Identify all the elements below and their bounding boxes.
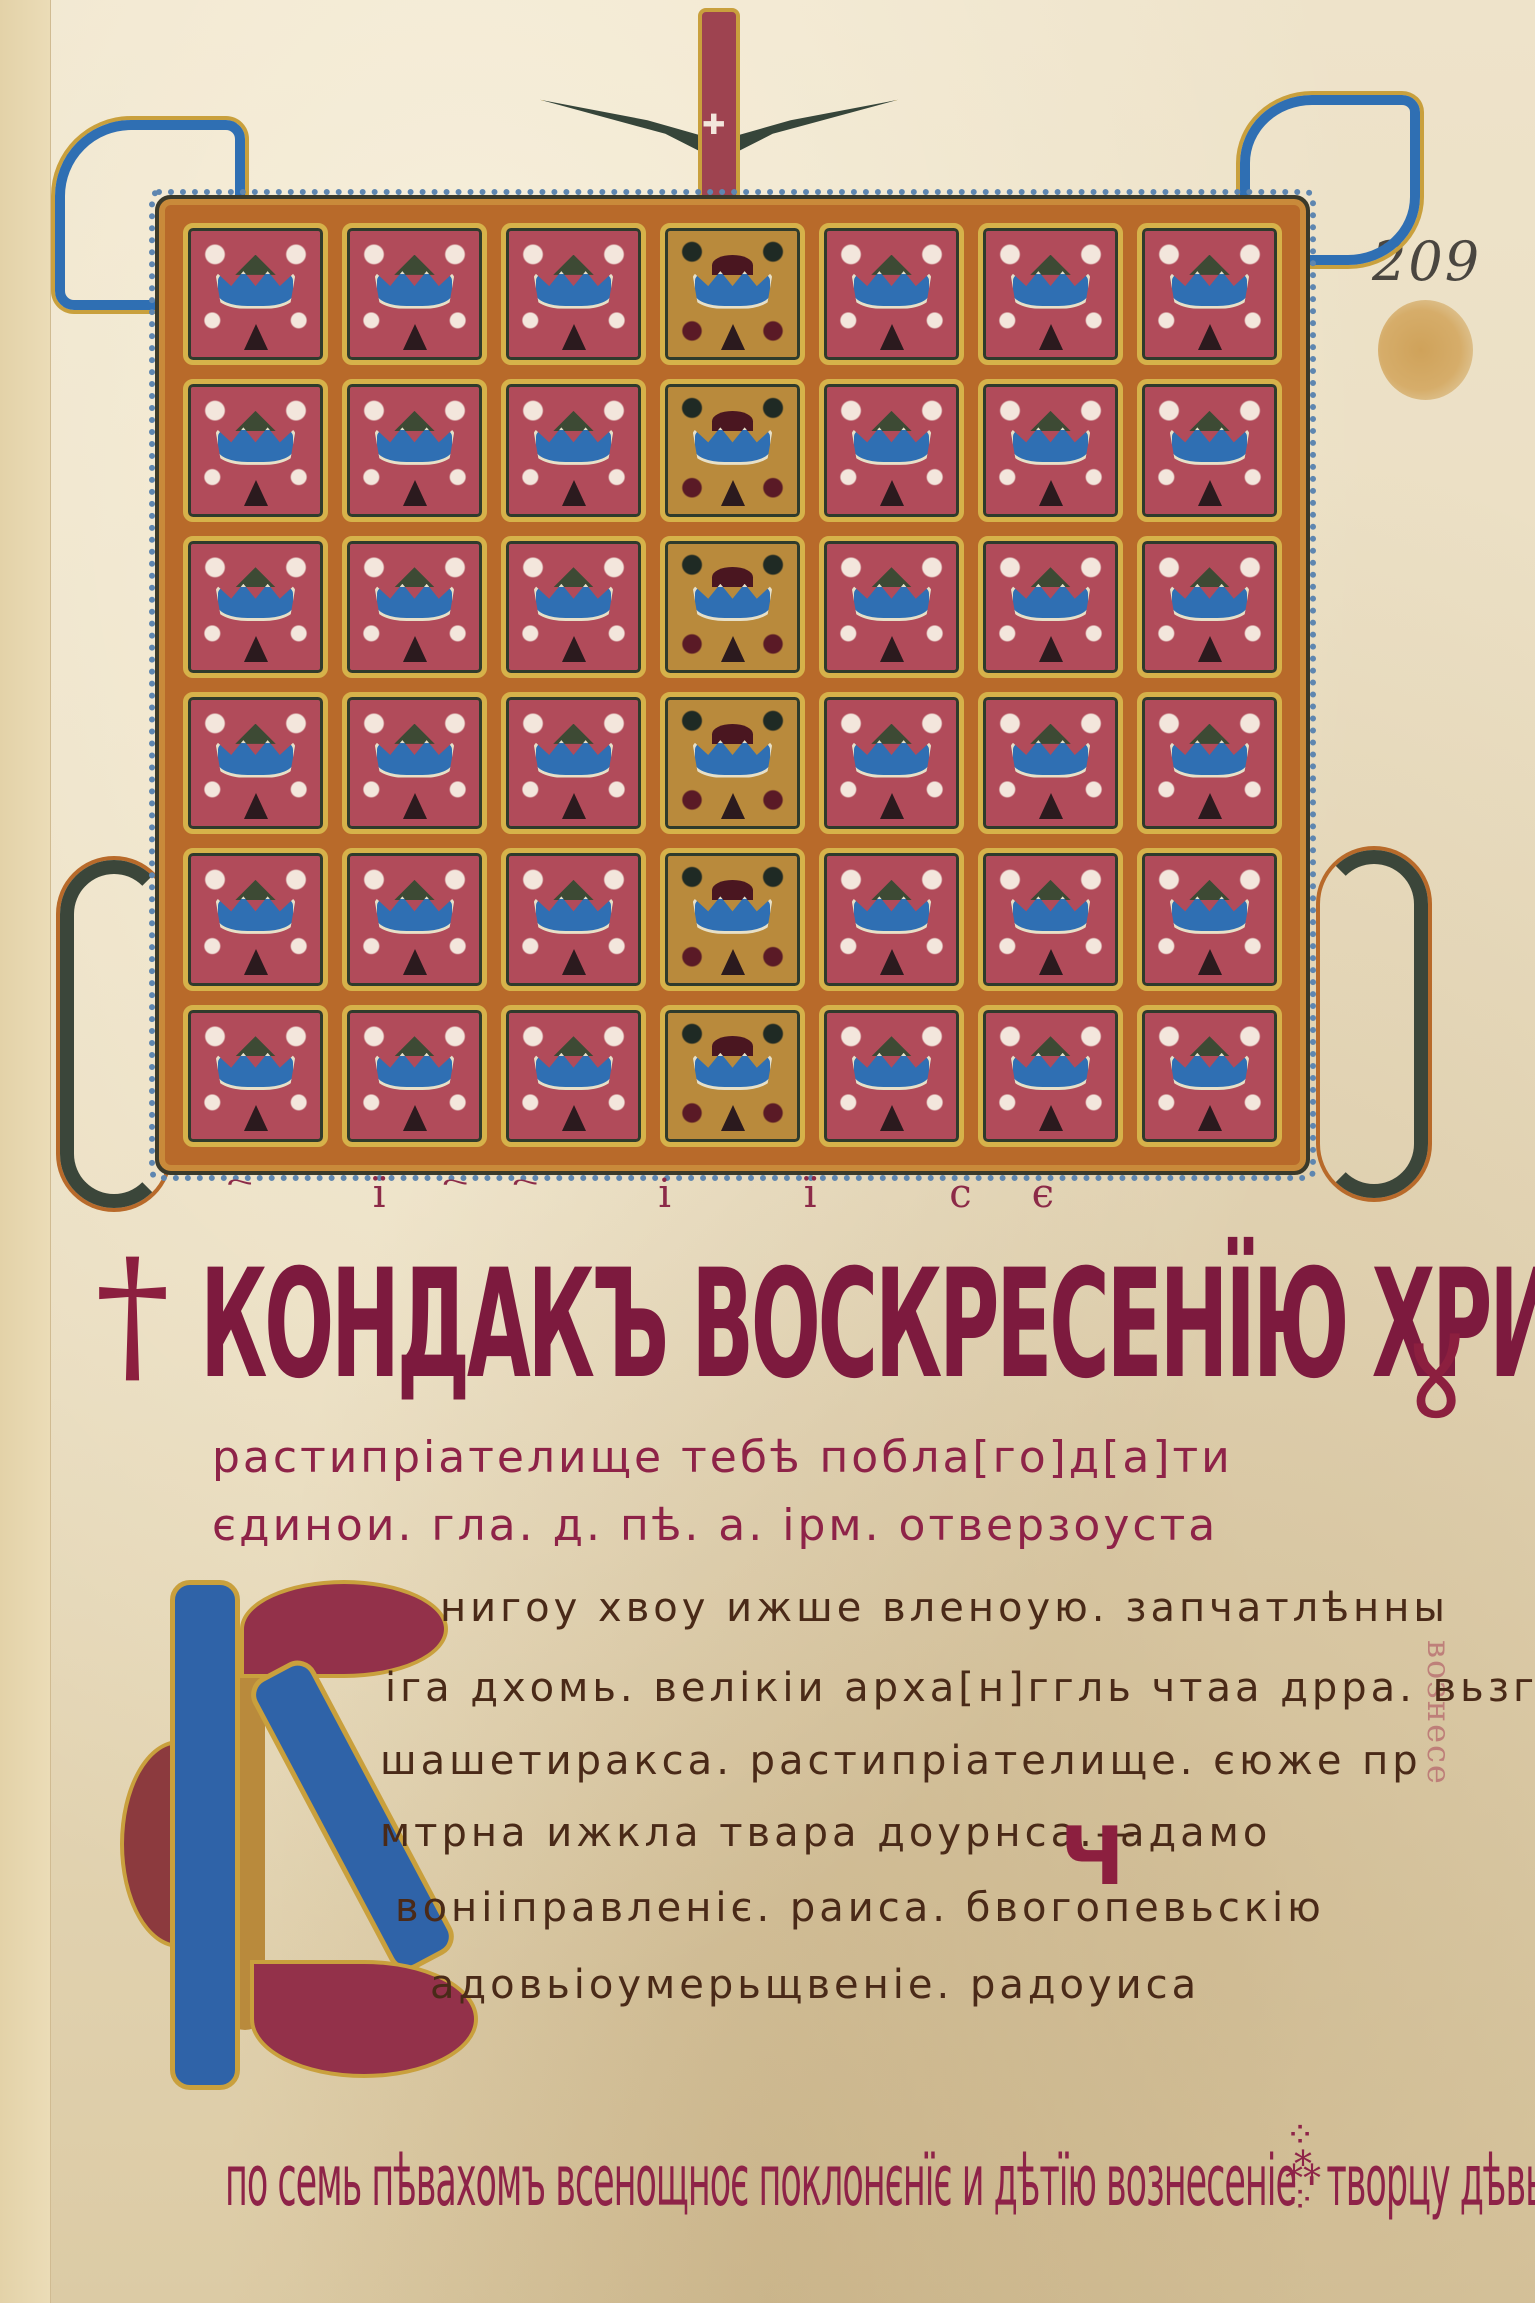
stem-triangle-icon xyxy=(880,949,904,975)
headpiece-tile xyxy=(501,1005,646,1147)
stem-triangle-icon xyxy=(1039,324,1063,350)
stem-triangle-icon xyxy=(244,324,268,350)
headpiece-tile xyxy=(501,223,646,365)
stem-triangle-icon xyxy=(244,1105,268,1131)
body-line-6: адовьіоумерьщвеніе. радоуиса xyxy=(430,1962,1200,2008)
scroll-flourish-right-icon xyxy=(1320,850,1428,1198)
lotus-flower-icon xyxy=(692,420,773,465)
headpiece-tile xyxy=(342,379,487,521)
lotus-flower-icon xyxy=(851,889,932,934)
stem-triangle-icon xyxy=(880,480,904,506)
lotus-flower-icon xyxy=(215,1045,296,1090)
stem-triangle-icon xyxy=(562,1105,586,1131)
headpiece-tile xyxy=(660,223,805,365)
lotus-flower-icon xyxy=(1169,889,1250,934)
headpiece-tile xyxy=(501,379,646,521)
headpiece-tile xyxy=(342,848,487,990)
stem-triangle-icon xyxy=(880,1105,904,1131)
headpiece-tile xyxy=(501,848,646,990)
lotus-flower-icon xyxy=(1169,733,1250,778)
lotus-flower-icon xyxy=(851,733,932,778)
lotus-flower-icon xyxy=(1169,576,1250,621)
headpiece-tile xyxy=(342,1005,487,1147)
headpiece-tile xyxy=(1137,223,1282,365)
stem-triangle-icon xyxy=(1039,480,1063,506)
headpiece-tile xyxy=(183,223,328,365)
body-line-3: шашетиракса. растипріателище. єюже пр xyxy=(380,1738,1422,1784)
headpiece-tile xyxy=(660,1005,805,1147)
headpiece-tile xyxy=(660,848,805,990)
stem-triangle-icon xyxy=(721,324,745,350)
stem-triangle-icon xyxy=(403,324,427,350)
stem-triangle-icon xyxy=(403,480,427,506)
headpiece-finial-icon: ✚ xyxy=(650,8,780,208)
lotus-flower-icon xyxy=(1169,420,1250,465)
stem-triangle-icon xyxy=(721,949,745,975)
lotus-flower-icon xyxy=(533,264,614,309)
stem-triangle-icon xyxy=(1039,793,1063,819)
headpiece-tile xyxy=(1137,379,1282,521)
lotus-flower-icon xyxy=(1010,733,1091,778)
binding-edge xyxy=(0,0,51,2303)
headpiece-tile xyxy=(978,379,1123,521)
lotus-flower-icon xyxy=(1169,1045,1250,1090)
headpiece-tile xyxy=(660,692,805,834)
lotus-flower-icon xyxy=(533,1045,614,1090)
stem-triangle-icon xyxy=(562,949,586,975)
headpiece-tile xyxy=(819,223,964,365)
lotus-flower-icon xyxy=(692,264,773,309)
lotus-flower-icon xyxy=(1169,264,1250,309)
initial-stem xyxy=(170,1580,240,2090)
stem-triangle-icon xyxy=(562,324,586,350)
stem-triangle-icon xyxy=(403,636,427,662)
headpiece-tile xyxy=(501,692,646,834)
headpiece-tile xyxy=(978,536,1123,678)
headpiece-tile xyxy=(342,692,487,834)
stem-triangle-icon xyxy=(244,949,268,975)
headpiece-tile xyxy=(342,223,487,365)
lotus-flower-icon xyxy=(374,889,455,934)
lotus-flower-icon xyxy=(692,1045,773,1090)
headpiece-tile xyxy=(819,536,964,678)
headpiece-tile xyxy=(819,692,964,834)
headpiece-tile xyxy=(660,379,805,521)
lotus-flower-icon xyxy=(215,889,296,934)
heading-accent-marks: ҇ ї ҇ ҇ і ї сє xyxy=(240,1170,1300,1217)
lotus-flower-icon xyxy=(692,733,773,778)
lotus-flower-icon xyxy=(692,889,773,934)
lotus-flower-icon xyxy=(374,264,455,309)
lotus-flower-icon xyxy=(1010,576,1091,621)
stem-triangle-icon xyxy=(880,793,904,819)
headpiece-tile xyxy=(183,1005,328,1147)
stem-triangle-icon xyxy=(562,793,586,819)
lotus-flower-icon xyxy=(533,420,614,465)
stem-triangle-icon xyxy=(403,793,427,819)
body-line-1: нигоу хвоу ижше вленоую. запчатлѣнны xyxy=(440,1585,1449,1631)
headpiece-tile xyxy=(978,1005,1123,1147)
lotus-flower-icon xyxy=(374,1045,455,1090)
stem-triangle-icon xyxy=(562,480,586,506)
cross-icon: ✚ xyxy=(702,108,725,141)
body-line-2: іга дхомь. велікіи арха[н]ггль чтаа дрра… xyxy=(385,1665,1535,1711)
stem-triangle-icon xyxy=(403,949,427,975)
heading-cross-icon: † xyxy=(95,1240,170,1390)
footer-rubric: по семь пѣвахомъ всенощноє поклонєнїє и … xyxy=(225,2140,775,2222)
stem-triangle-icon xyxy=(244,480,268,506)
headpiece-tile xyxy=(501,536,646,678)
headpiece-tile xyxy=(660,536,805,678)
headpiece-tile xyxy=(1137,1005,1282,1147)
lotus-flower-icon xyxy=(1010,889,1091,934)
stem-triangle-icon xyxy=(1198,324,1222,350)
margin-flourish-icon: ꙋ xyxy=(1410,1300,1462,1450)
headpiece-tile xyxy=(342,536,487,678)
body-line-4-continuation: адамо xyxy=(1120,1810,1271,1856)
lotus-flower-icon xyxy=(1010,264,1091,309)
footer-ornament-icon: ⁘⁂⁘ xyxy=(1285,2120,1321,2217)
stem-triangle-icon xyxy=(1198,1105,1222,1131)
heading-title: КОНДАКЪ ВОСКРЕСЕНЇЮ ХРИСТОВОУ xyxy=(200,1225,794,1425)
lotus-flower-icon xyxy=(851,420,932,465)
headpiece-tile xyxy=(1137,536,1282,678)
lotus-flower-icon xyxy=(533,576,614,621)
lotus-flower-icon xyxy=(215,576,296,621)
lotus-flower-icon xyxy=(215,733,296,778)
lotus-flower-icon xyxy=(851,576,932,621)
stem-triangle-icon xyxy=(1198,949,1222,975)
lotus-flower-icon xyxy=(533,889,614,934)
margin-note: вознесе xyxy=(1420,1640,1458,1786)
lotus-flower-icon xyxy=(374,733,455,778)
lotus-flower-icon xyxy=(1010,1045,1091,1090)
headpiece-tile xyxy=(978,692,1123,834)
rubric-line-1: растипріателище тебѣ побла[го]д[а]ти xyxy=(212,1432,1233,1483)
stem-triangle-icon xyxy=(721,480,745,506)
lotus-flower-icon xyxy=(215,264,296,309)
lotus-flower-icon xyxy=(374,420,455,465)
headpiece-tile xyxy=(1137,692,1282,834)
stem-triangle-icon xyxy=(403,1105,427,1131)
stem-triangle-icon xyxy=(244,793,268,819)
rubric-line-2: єдинои. гла. д. пѣ. а. ірм. отверзоуста xyxy=(212,1500,1218,1551)
headpiece-tile xyxy=(183,692,328,834)
lotus-flower-icon xyxy=(851,264,932,309)
initial-leaf-top xyxy=(240,1580,448,1678)
stem-triangle-icon xyxy=(1198,480,1222,506)
lotus-flower-icon xyxy=(533,733,614,778)
headpiece-tile xyxy=(819,1005,964,1147)
stem-triangle-icon xyxy=(562,636,586,662)
headpiece-tile xyxy=(978,223,1123,365)
headpiece-tile xyxy=(183,379,328,521)
stem-triangle-icon xyxy=(721,1105,745,1131)
lotus-flower-icon xyxy=(374,576,455,621)
stem-triangle-icon xyxy=(721,793,745,819)
body-line-4: мтрна ижкла твара доурнса.— xyxy=(380,1810,1140,1856)
stem-triangle-icon xyxy=(880,636,904,662)
stem-triangle-icon xyxy=(1039,949,1063,975)
headpiece-tile xyxy=(978,848,1123,990)
headpiece-tile xyxy=(1137,848,1282,990)
ornamental-headpiece xyxy=(165,205,1300,1165)
lotus-flower-icon xyxy=(1010,420,1091,465)
stem-triangle-icon xyxy=(244,636,268,662)
stem-triangle-icon xyxy=(1198,793,1222,819)
scroll-flourish-left-icon xyxy=(60,860,168,1208)
stem-triangle-icon xyxy=(1039,636,1063,662)
headpiece-tile xyxy=(819,379,964,521)
stem-triangle-icon xyxy=(880,324,904,350)
lotus-flower-icon xyxy=(692,576,773,621)
stem-triangle-icon xyxy=(1039,1105,1063,1131)
headpiece-tile xyxy=(183,848,328,990)
body-line-5: вонііправленіє. раиса. бвогопевьскію xyxy=(395,1885,1325,1931)
stem-triangle-icon xyxy=(721,636,745,662)
water-stain xyxy=(1378,300,1473,400)
stem-triangle-icon xyxy=(1198,636,1222,662)
lotus-flower-icon xyxy=(851,1045,932,1090)
lotus-flower-icon xyxy=(215,420,296,465)
headpiece-tile xyxy=(183,536,328,678)
headpiece-tile xyxy=(819,848,964,990)
